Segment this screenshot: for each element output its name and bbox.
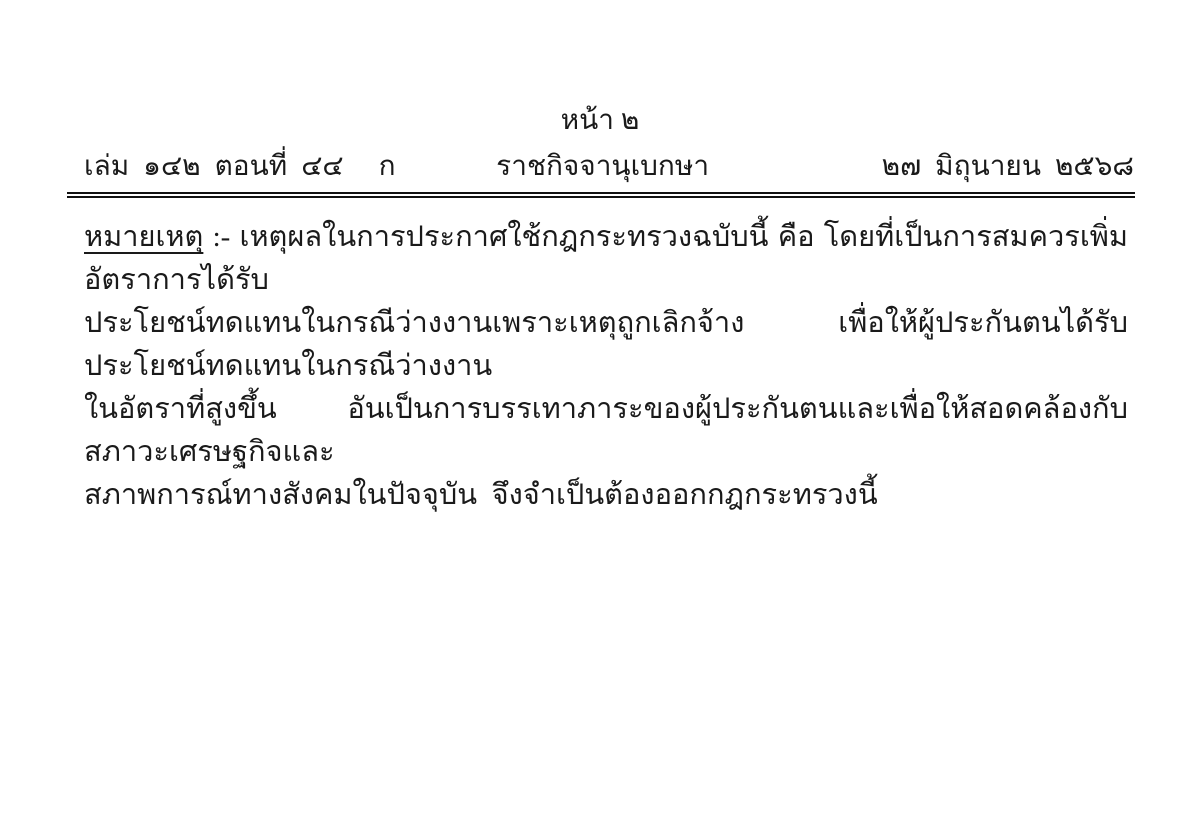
gazette-page: หน้า ๒ เล่ม ๑๔๒ ตอนที่ ๔๔ ก ราชกิจจานุเบ… (0, 0, 1200, 824)
gazette-title: ราชกิจจานุเบกษา (496, 148, 709, 186)
remark-paragraph: หมายเหตุ :- เหตุผลในการประกาศใช้กฎกระทรว… (84, 216, 1128, 517)
header-divider-rule (67, 192, 1135, 198)
publication-date: ๒๗ มิถุนายน ๒๕๖๘ (882, 148, 1134, 186)
remark-line-3: ในอัตราที่สูงขึ้น อันเป็นการบรรเทาภาระขอ… (84, 388, 1128, 474)
remark-line-2: ประโยชน์ทดแทนในกรณีว่างงานเพราะเหตุถูกเล… (84, 302, 1128, 388)
remark-label: หมายเหตุ (84, 221, 203, 253)
page-number: หน้า ๒ (0, 103, 1200, 139)
volume-part-label: เล่ม ๑๔๒ ตอนที่ ๔๔ ก (84, 148, 396, 186)
remark-line-4: สภาพการณ์ทางสังคมในปัจจุบัน จึงจำเป็นต้อ… (84, 474, 1128, 517)
remark-separator: :- (213, 221, 231, 253)
remark-line-1: หมายเหตุ :- เหตุผลในการประกาศใช้กฎกระทรว… (84, 216, 1128, 302)
masthead-row: เล่ม ๑๔๒ ตอนที่ ๔๔ ก ราชกิจจานุเบกษา ๒๗ … (84, 148, 1134, 188)
remark-line-1-text: เหตุผลในการประกาศใช้กฎกระทรวงฉบับนี้ คือ… (84, 221, 1128, 296)
